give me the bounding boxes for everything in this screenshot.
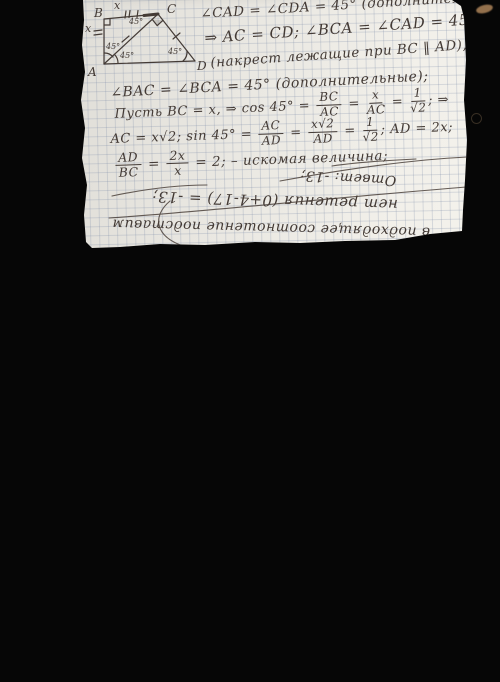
tan-speck bbox=[475, 3, 493, 15]
faint-ring-mark bbox=[471, 113, 482, 124]
photo-background: B C A D x x 45° 45° 45° 45° ∠CAD = ∠CDA … bbox=[0, 0, 500, 682]
notebook-page: B C A D x x 45° 45° 45° 45° ∠CAD = ∠CDA … bbox=[0, 0, 500, 260]
